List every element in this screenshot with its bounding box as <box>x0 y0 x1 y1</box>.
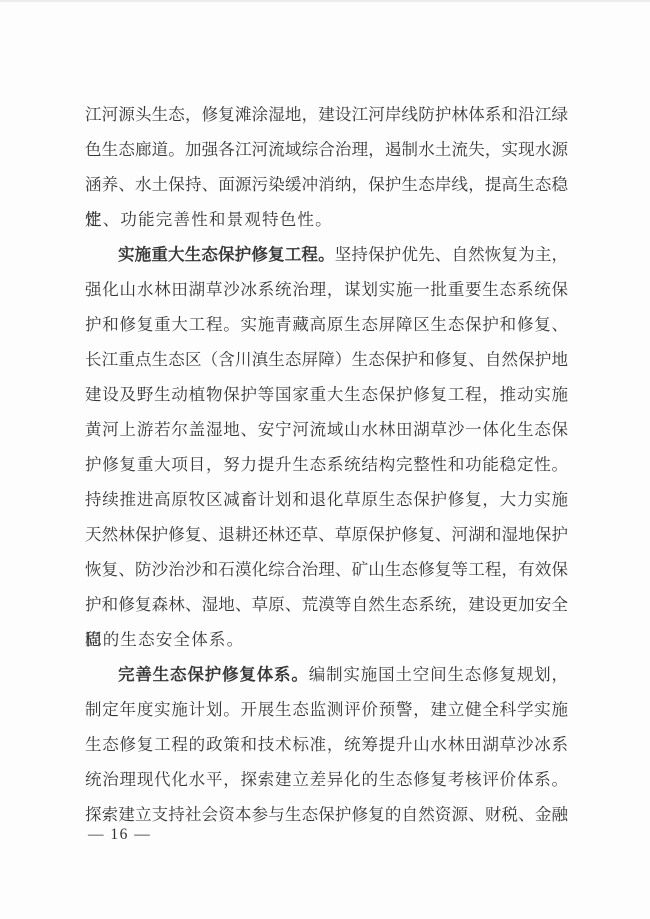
paragraph: 实施重大生态保护修复工程。坚持保护优先、自然恢复为主，强化山水林田湖草沙冰系统治… <box>85 237 568 657</box>
text-line: 实施重大生态保护修复工程。坚持保护优先、自然恢复为主， <box>85 237 568 272</box>
paragraph-lead-phrase: 实施重大生态保护修复工程。 <box>118 245 335 264</box>
text-line: 恢复、防沙治沙和石漠化综合治理、矿山生态修复等工程，有效保 <box>85 552 568 587</box>
paragraph-lead-phrase: 完善生态保护修复体系。 <box>118 665 309 684</box>
text-line: 性、功能完善性和景观特色性。 <box>85 202 568 237</box>
text-line: 天然林保护修复、退耕还林还草、草原保护修复、河湖和湿地保护 <box>85 517 568 552</box>
text-line: 建设及野生动植物保护等国家重大生态保护修复工程，推动实施 <box>85 377 568 412</box>
text-line: 色生态廊道。加强各江河流域综合治理，遏制水土流失，实现水源 <box>85 132 568 167</box>
text-line: 护修复重大项目，努力提升生态系统结构完整性和功能稳定性。 <box>85 447 568 482</box>
document-page: 江河源头生态，修复滩涂湿地，建设江河岸线防护林体系和沿江绿色生态廊道。加强各江河… <box>0 0 650 919</box>
text-line: 固的生态安全体系。 <box>85 622 568 657</box>
paragraph: 江河源头生态，修复滩涂湿地，建设江河岸线防护林体系和沿江绿色生态廊道。加强各江河… <box>85 97 568 237</box>
text-line: 黄河上游若尔盖湿地、安宁河流域山水林田湖草沙一体化生态保 <box>85 412 568 447</box>
text-line: 探索建立支持社会资本参与生态保护修复的自然资源、财税、金融 <box>85 797 568 832</box>
text-line: 强化山水林田湖草沙冰系统治理，谋划实施一批重要生态系统保 <box>85 272 568 307</box>
text-line: 长江重点生态区（含川滇生态屏障）生态保护和修复、自然保护地 <box>85 342 568 377</box>
text-line: 持续推进高原牧区减畜计划和退化草原生态保护修复，大力实施 <box>85 482 568 517</box>
text-line: 涵养、水土保持、面源污染缓冲消纳，保护生态岸线，提高生态稳定 <box>85 167 568 202</box>
text-line: 生态修复工程的政策和技术标准，统筹提升山水林田湖草沙冰系 <box>85 727 568 762</box>
document-body: 江河源头生态，修复滩涂湿地，建设江河岸线防护林体系和沿江绿色生态廊道。加强各江河… <box>85 97 568 832</box>
page-number: — 16 — <box>88 823 151 847</box>
paragraph: 完善生态保护修复体系。编制实施国土空间生态修复规划，制定年度实施计划。开展生态监… <box>85 657 568 832</box>
text-line: 统治理现代化水平，探索建立差异化的生态修复考核评价体系。 <box>85 762 568 797</box>
text-line: 护和修复重大工程。实施青藏高原生态屏障区生态保护和修复、 <box>85 307 568 342</box>
text-line: 制定年度实施计划。开展生态监测评价预警，建立健全科学实施 <box>85 692 568 727</box>
text-line: 护和修复森林、湿地、草原、荒漠等自然生态系统，建设更加安全稳 <box>85 587 568 622</box>
text-line: 江河源头生态，修复滩涂湿地，建设江河岸线防护林体系和沿江绿 <box>85 97 568 132</box>
text-line: 完善生态保护修复体系。编制实施国土空间生态修复规划， <box>85 657 568 692</box>
